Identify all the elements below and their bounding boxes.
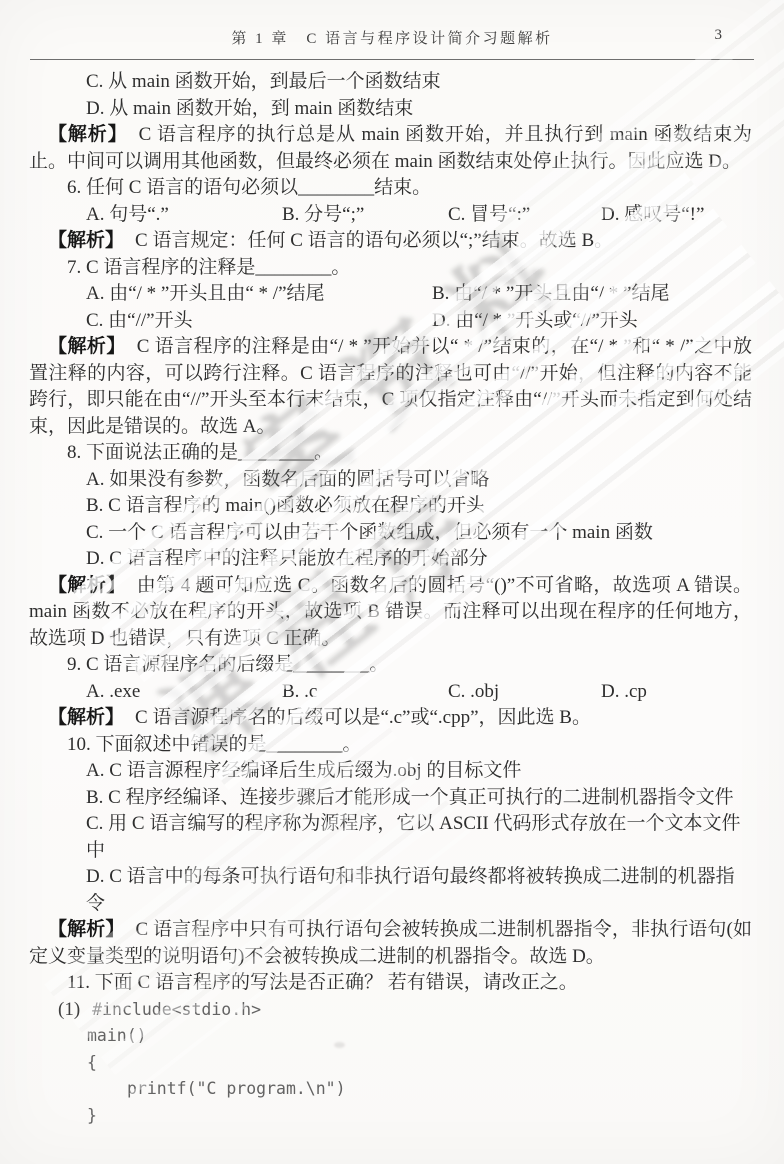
q8-analysis: 【解析】由第 4 题可知应选 C。函数名后的圆括号“()”不可省略，故选项 A … (29, 573, 752, 653)
analysis-tag: 【解析】 (48, 230, 124, 251)
code-line: { (29, 1050, 752, 1077)
q7-options-row2: C. 由“//”开头 D. 由“/ * ”开头或“//”开头 (29, 308, 752, 335)
option: C. .obj (448, 679, 601, 706)
q10-option-d: D. C 语言中的每条可执行语句和非执行语句最终都将被转换成二进制的机器指令 (29, 864, 752, 917)
q6-stem: 6. 任何 C 语言的语句必须以________结束。 (29, 175, 752, 202)
q10-option-a: A. C 语言源程序经编译后生成后缀为.obj 的目标文件 (29, 758, 752, 785)
q11-stem: 11. 下面 C 语言程序的写法是否正确？ 若有错误，请改正之。 (29, 970, 752, 997)
page-body: C. 从 main 函数开始，到最后一个函数结束 D. 从 main 函数开始，… (0, 60, 784, 1129)
analysis-text: 由第 4 题可知应选 C。函数名后的圆括号“()”不可省略，故选项 A 错误。m… (29, 575, 752, 649)
q7-options-row1: A. 由“/ * ”开头且由“ * /”结尾 B. 由“/ * ”开头且由“/ … (29, 281, 752, 308)
analysis-text: C 语言程序的执行总是从 main 函数开始，并且执行到 main 函数结束为止… (29, 124, 752, 172)
q8-option-a: A. 如果没有参数，函数名后面的圆括号可以省略 (29, 467, 752, 494)
code-text: main() (87, 1026, 147, 1045)
code-text: printf("C program.\n") (127, 1079, 346, 1098)
analysis-tag: 【解析】 (48, 336, 126, 357)
q10-option-c: C. 用 C 语言编写的程序称为源程序，它以 ASCII 代码形式存放在一个文本… (29, 811, 752, 864)
q9-options: A. .exe B. .c C. .obj D. .cp (29, 679, 752, 706)
q5-analysis: 【解析】C 语言程序的执行总是从 main 函数开始，并且执行到 main 函数… (29, 122, 752, 175)
q10-analysis: 【解析】C 语言程序中只有可执行语句会被转换成二进制机器指令，非执行语句(如定义… (29, 917, 752, 970)
code-text: } (87, 1106, 97, 1125)
analysis-tag: 【解析】 (48, 707, 124, 728)
q6-analysis: 【解析】C 语言规定：任何 C 语言的语句必须以“;”结束。故选 B。 (29, 228, 752, 255)
option: B. .c (282, 679, 448, 706)
option: D. 感叹号“!” (601, 202, 704, 229)
q7-analysis: 【解析】C 语言程序的注释是由“/ * ”开始并以“ * /”结束的，在“/ *… (29, 334, 752, 440)
analysis-tag: 【解析】 (48, 124, 128, 145)
q10-stem: 10. 下面叙述中错误的是________。 (29, 732, 752, 759)
option: A. 句号“.” (86, 202, 282, 229)
q9-stem: 9. C 语言源程序名的后缀是________。 (29, 652, 752, 679)
q8-option-b: B. C 语言程序的 main()函数必须放在程序的开头 (29, 493, 752, 520)
q7-stem: 7. C 语言程序的注释是________。 (29, 255, 752, 282)
analysis-tag: 【解析】 (48, 575, 126, 596)
chapter-title: 第 1 章 C 语言与程序设计简介习题解析 (0, 27, 784, 48)
option: C. 由“//”开头 (86, 308, 432, 335)
option: A. .exe (86, 679, 282, 706)
page-header: 第 1 章 C 语言与程序设计简介习题解析 3 (0, 0, 784, 55)
q9-analysis: 【解析】C 语言源程序名的后缀可以是“.c”或“.cpp”，因此选 B。 (29, 705, 752, 732)
page-number: 3 (715, 27, 723, 44)
code-line: main() (29, 1023, 752, 1050)
code-line: printf("C program.\n") (29, 1076, 752, 1103)
code-text: { (87, 1053, 97, 1072)
q5-option-d: D. 从 main 函数开始，到 main 函数结束 (29, 96, 752, 123)
analysis-tag: 【解析】 (48, 919, 124, 940)
scanned-book-page: 案资料 课程序 第 1 章 C 语言与程序设计简介习题解析 3 C. 从 mai… (0, 0, 784, 1164)
analysis-text: C 语言规定：任何 C 语言的语句必须以“;”结束。故选 B。 (135, 230, 613, 251)
q10-option-b: B. C 程序经编译、连接步骤后才能形成一个真正可执行的二进制机器指令文件 (29, 785, 752, 812)
q5-option-c: C. 从 main 函数开始，到最后一个函数结束 (29, 69, 752, 96)
option: D. .cp (601, 679, 647, 706)
code-line: } (29, 1103, 752, 1130)
q8-option-c: C. 一个 C 语言程序可以由若干个函数组成，但必须有一个 main 函数 (29, 520, 752, 547)
q6-options: A. 句号“.” B. 分号“;” C. 冒号“:” D. 感叹号“!” (29, 202, 752, 229)
code-item-label: (1) (58, 999, 80, 1020)
option: A. 由“/ * ”开头且由“ * /”结尾 (86, 281, 432, 308)
analysis-text: C 语言源程序名的后缀可以是“.c”或“.cpp”，因此选 B。 (135, 707, 591, 728)
option: D. 由“/ * ”开头或“//”开头 (432, 308, 638, 335)
q8-option-d: D. C 语言程序中的注释只能放在程序的开始部分 (29, 546, 752, 573)
option: C. 冒号“:” (448, 202, 601, 229)
q8-stem: 8. 下面说法正确的是________。 (29, 440, 752, 467)
analysis-text: C 语言程序中只有可执行语句会被转换成二进制机器指令，非执行语句(如定义变量类型… (29, 919, 752, 967)
option: B. 由“/ * ”开头且由“/ * ”结尾 (432, 281, 669, 308)
analysis-text: C 语言程序的注释是由“/ * ”开始并以“ * /”结束的，在“/ * ”和“… (29, 336, 752, 437)
option: B. 分号“;” (282, 202, 448, 229)
code-line: (1)#include<stdio.h> (29, 997, 752, 1024)
code-text: #include<stdio.h> (92, 1000, 261, 1019)
